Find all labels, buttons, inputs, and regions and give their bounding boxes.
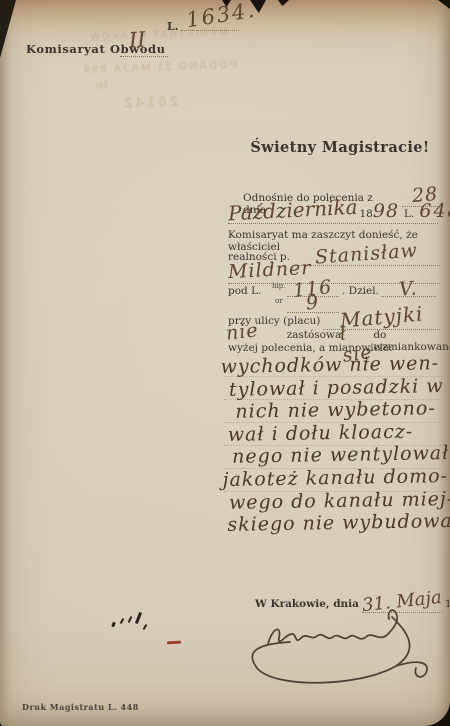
stamp-received-line: PODANO 31 MAJA 899 [82, 59, 237, 76]
l-label: L. [404, 208, 414, 220]
print-shop-imprint: Druk Magistratu L. 448 [22, 702, 139, 712]
pod-l-label: pod L. [228, 285, 261, 297]
page-title: Świetny Magistracie! [240, 139, 440, 156]
case-number: 64834 [419, 200, 450, 222]
handwritten-statement: wychodków nie wen- tylował i posadzki w … [220, 352, 449, 537]
or-label: or [275, 297, 283, 305]
ink-speck [143, 624, 148, 630]
hip-label: hip. [272, 282, 285, 290]
torn-edge-mark [278, 0, 289, 6]
ink-speck [128, 616, 133, 623]
red-pencil-mark [167, 641, 181, 645]
month-value: Października [227, 195, 358, 226]
torn-edge-mark [0, 0, 16, 58]
stamp-number-sign: № [95, 79, 108, 91]
dziel-label: . Dziel. [342, 285, 379, 297]
statement-line: wychodków nie wen- [220, 352, 446, 379]
ref-number-label: L. [167, 20, 179, 33]
torn-edge-mark [438, 0, 450, 9]
year-printed: 18 [359, 208, 372, 220]
ref-number-line [181, 12, 239, 31]
statement-line: jakoteż kanału domo- [222, 465, 448, 492]
statement-line: nich nie wybetono- [235, 397, 447, 423]
signature-flourish [232, 598, 444, 693]
date-year-printed: 189 [445, 598, 450, 610]
zastosowa-printed: zastósowa [287, 329, 342, 341]
office-district-line [120, 38, 168, 57]
ink-speck [120, 618, 125, 624]
document-paper: MAGISTRAT KRAKÓW PODANO 31 MAJA 899 № 26… [0, 0, 450, 726]
ink-speck [111, 622, 116, 628]
year-hand: 98 [373, 200, 399, 222]
ink-speck [135, 612, 142, 624]
nie-hand: nie [225, 319, 260, 344]
dziel-value: V. [399, 277, 419, 300]
stamp-number: 26142 [121, 93, 178, 112]
statement-line: skiego nie wybudował. [227, 510, 449, 536]
